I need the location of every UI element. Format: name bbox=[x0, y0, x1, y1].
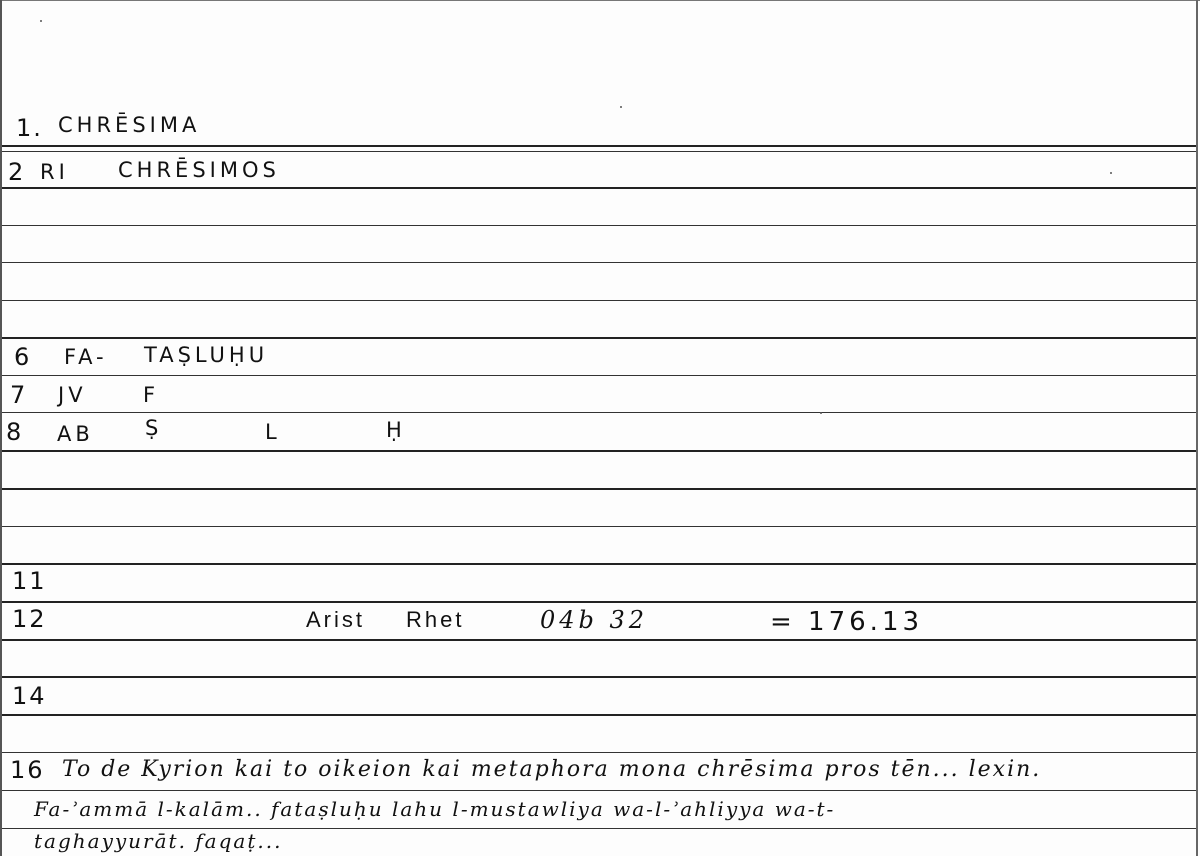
rule-line bbox=[2, 752, 1196, 753]
arabic-quotation-line-1: Fa-ʾammā l-kalām.. fataṣluḥu lahu l-must… bbox=[34, 797, 835, 821]
rule-line bbox=[2, 450, 1196, 452]
rule-line bbox=[2, 187, 1196, 189]
field-number-12: 12 bbox=[12, 605, 47, 633]
rule-line bbox=[2, 412, 1196, 413]
rule-line bbox=[2, 225, 1196, 226]
rule-line bbox=[2, 563, 1196, 565]
rule-line bbox=[2, 375, 1196, 376]
headword: CHRĒSIMA bbox=[58, 113, 200, 137]
field-number-8: 8 bbox=[6, 418, 23, 446]
field-number-7: 7 bbox=[10, 381, 27, 409]
root-letter-h: Ḥ bbox=[386, 418, 406, 442]
scan-speck bbox=[620, 106, 622, 108]
arabic-quotation-line-2: taghayyurāt. faqaṭ... bbox=[34, 829, 282, 853]
card-right-edge bbox=[1196, 0, 1198, 856]
root-label: AB bbox=[57, 422, 94, 446]
card-left-edge bbox=[0, 0, 2, 856]
card-top-edge bbox=[0, 0, 1200, 1]
rule-line bbox=[2, 790, 1196, 791]
translation-reference: = 176.13 bbox=[770, 607, 923, 637]
arabic-form: TAṢLUḤU bbox=[144, 343, 268, 367]
rule-line bbox=[2, 262, 1196, 263]
source-author: Arist bbox=[306, 607, 365, 633]
rule-line bbox=[2, 714, 1196, 716]
field-number-14: 14 bbox=[12, 682, 47, 710]
lemma: CHRĒSIMOS bbox=[118, 158, 280, 182]
greek-quotation: To de Kyrion kai to oikeion kai metaphor… bbox=[62, 757, 1041, 782]
scan-speck bbox=[40, 20, 42, 22]
rule-line bbox=[2, 601, 1196, 603]
field-number-1: 1. bbox=[16, 114, 43, 142]
rule-line bbox=[2, 526, 1196, 527]
index-card: 1. CHRĒSIMA 2 RI CHRĒSIMOS 6 FA- TAṢLUḤU… bbox=[0, 0, 1200, 856]
scan-speck bbox=[1110, 172, 1112, 174]
root-code: RI bbox=[40, 160, 69, 184]
rule-line bbox=[2, 145, 1196, 147]
source-locus: 04b 32 bbox=[540, 606, 648, 634]
verb-code: JV bbox=[58, 383, 87, 407]
field-number-2: 2 bbox=[8, 158, 25, 186]
field-number-11: 11 bbox=[12, 567, 47, 595]
field-number-16: 16 bbox=[10, 756, 45, 784]
rule-line bbox=[2, 151, 1196, 152]
rule-line bbox=[2, 300, 1196, 301]
field-number-6: 6 bbox=[14, 343, 31, 371]
prefix: FA- bbox=[64, 345, 108, 369]
root-letter-l: L bbox=[265, 420, 281, 444]
rule-line bbox=[2, 337, 1196, 339]
rule-line bbox=[2, 676, 1196, 678]
rule-line bbox=[2, 639, 1196, 641]
source-work: Rhet bbox=[406, 607, 464, 633]
rule-line bbox=[2, 488, 1196, 490]
scan-speck bbox=[820, 412, 822, 414]
verb-form: F bbox=[143, 383, 159, 407]
root-letter-s: Ṣ bbox=[145, 416, 162, 440]
